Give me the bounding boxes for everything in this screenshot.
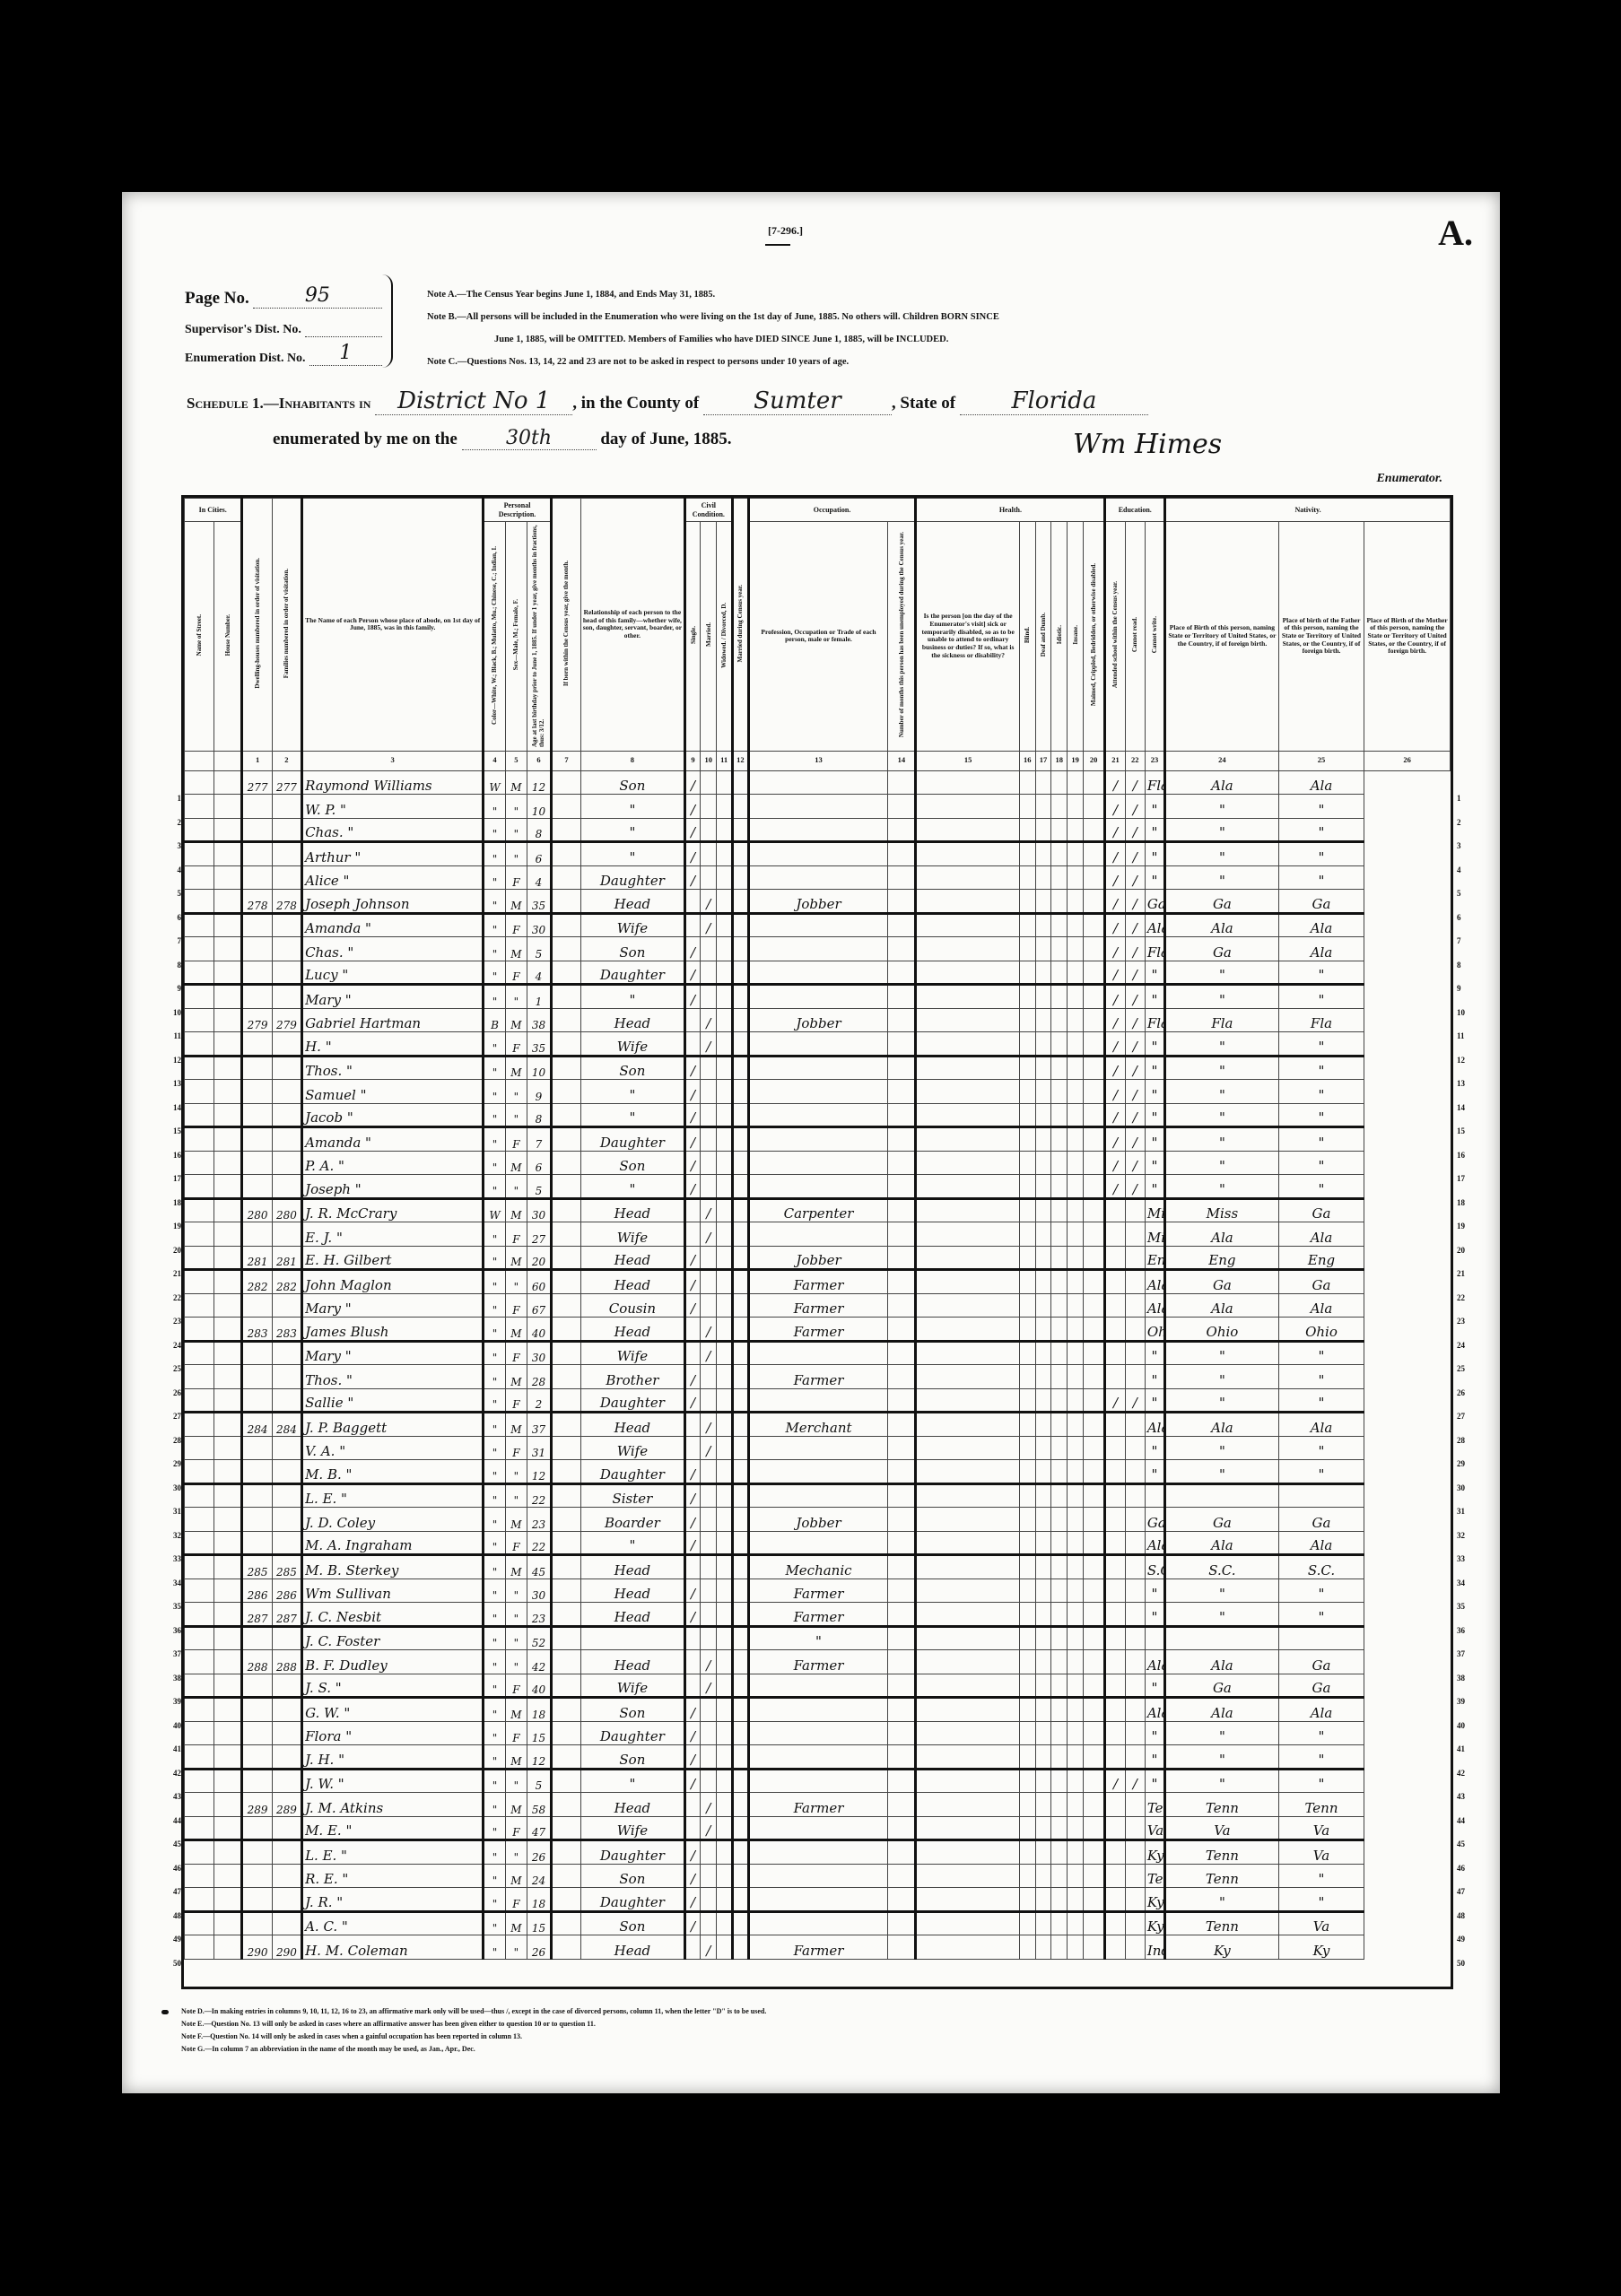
cell-dwelling: 282 [242,1270,272,1294]
note-c: Note C.—Questions Nos. 13, 14, 22 and 23… [427,351,1324,373]
state-field: Florida [960,387,1148,415]
cell-empty [1035,1222,1051,1247]
cell-single: / [684,1769,701,1793]
cell-empty [916,865,1020,890]
cell-empty [1083,1246,1104,1270]
cell-empty [1083,1864,1104,1888]
cell-empty [1051,1341,1068,1365]
cell-empty [732,1056,748,1080]
cell-color: " [484,1032,505,1057]
cell-dwelling [242,1460,272,1484]
cell-age: 6 [527,842,552,866]
cell-name: W. P. " [302,795,484,819]
cell-sex: F [505,1127,527,1152]
cell-single: / [684,1578,701,1603]
cell-sex: " [505,1769,527,1793]
cell-father: " [1165,1745,1279,1770]
cell-single: / [684,1246,701,1270]
cell-family [272,1769,301,1793]
cell-birth: Ala [1145,1650,1164,1674]
cell-empty [551,1603,580,1627]
cell-empty [1035,1436,1051,1460]
cell-single [684,1318,701,1342]
cell-mother: " [1278,1341,1364,1365]
cell-age: 24 [527,1864,552,1888]
cell-empty [551,1151,580,1175]
cell-write: / [1125,770,1145,795]
cell-empty [1051,1388,1068,1413]
cell-empty [185,770,214,795]
cell-sex: " [505,1603,527,1627]
cell-write [1125,1270,1145,1294]
cell-empty [185,1246,214,1270]
cell-empty [1035,1578,1051,1603]
line-number: 9 [1457,977,1477,1001]
cell-age: 26 [527,1840,552,1865]
enumerator-signature: Wm Himes [1073,429,1222,460]
cell-father: " [1165,1388,1279,1413]
line-number: 10 [1457,1001,1477,1025]
cell-write [1125,1888,1145,1912]
cell-empty [888,1103,916,1127]
cell-empty [717,1698,733,1722]
line-number: 2 [161,811,181,835]
cell-single: / [684,1056,701,1080]
cell-mother: " [1278,1460,1364,1484]
cell-dwelling [242,961,272,985]
cell-dwelling [242,795,272,819]
cell-empty [1019,1864,1035,1888]
line-number: 42 [161,1761,181,1786]
cell-read [1105,1365,1125,1389]
cell-father: Ohio [1165,1318,1279,1342]
cell-relation [581,1626,685,1650]
cell-single [684,1650,701,1674]
cell-relation: Son [581,770,685,795]
cell-empty [1035,961,1051,985]
cell-father: Ga [1165,1674,1279,1698]
cell-family [272,1698,301,1722]
line-number: 36 [1457,1619,1477,1643]
cell-empty [214,1341,242,1365]
cell-empty [1019,1388,1035,1413]
cell-empty [551,1508,580,1532]
cell-father: Ala [1165,1222,1279,1247]
cell-empty [732,1270,748,1294]
cell-name: M. A. Ingraham [302,1531,484,1555]
cell-occupation [748,1864,888,1888]
cell-empty [916,1840,1020,1865]
cell-empty [732,1793,748,1817]
cell-dwelling: 289 [242,1793,272,1817]
cell-family [272,1436,301,1460]
cell-empty [1019,1721,1035,1745]
cell-occupation [748,1698,888,1722]
cell-birth: Ohio [1145,1318,1164,1342]
cell-empty [214,1698,242,1722]
cell-empty [916,1508,1020,1532]
cell-empty [551,1198,580,1222]
cell-sex: M [505,1508,527,1532]
cell-empty [888,913,916,937]
cell-birth: " [1145,842,1164,866]
cell-family [272,1080,301,1104]
cell-empty [1051,1769,1068,1793]
cell-empty [185,1293,214,1318]
cell-empty [214,1793,242,1817]
line-number: 30 [161,1476,181,1500]
line-number: 40 [1457,1714,1477,1738]
cell-write: / [1125,1769,1145,1793]
cell-mother: Va [1278,1911,1364,1935]
cell-single [684,1555,701,1579]
cell-empty [888,890,916,914]
cell-dwelling [242,1341,272,1365]
note-f: Note F.—Question No. 14 will only be ask… [181,2031,1347,2043]
cell-empty [1083,1650,1104,1674]
cell-empty [1051,1198,1068,1222]
cell-empty [185,1175,214,1199]
cell-sex: M [505,1198,527,1222]
cell-empty [214,1721,242,1745]
cell-empty [732,1626,748,1650]
cell-empty [214,985,242,1009]
cell-color: " [484,1911,505,1935]
cell-mother: " [1278,1056,1364,1080]
cell-empty [1083,1175,1104,1199]
cell-empty [888,937,916,961]
cell-empty [1051,985,1068,1009]
cell-mother: " [1278,1151,1364,1175]
cell-write [1125,1508,1145,1532]
table-row: J. C. Foster""52" [185,1626,1451,1650]
cell-empty [1035,1816,1051,1840]
cell-age: 23 [527,1508,552,1532]
cell-empty [1068,865,1084,890]
table-row: 288288B. F. Dudley""42Head/FarmerAlaAlaG… [185,1650,1451,1674]
cell-father: " [1165,818,1279,842]
cell-empty [185,1056,214,1080]
cell-birth: " [1145,1365,1164,1389]
cell-write [1125,1555,1145,1579]
cell-relation: Daughter [581,1721,685,1745]
cell-empty [916,890,1020,914]
cell-write [1125,1626,1145,1650]
cell-dwelling [242,1151,272,1175]
table-row: Amanda ""F7Daughter///""" [185,1127,1451,1152]
cell-empty [1068,1508,1084,1532]
cell-relation: Wife [581,1341,685,1365]
cell-married [701,1864,717,1888]
cell-empty [1068,1222,1084,1247]
table-row: R. E. ""M24Son/TennTenn" [185,1864,1451,1888]
cell-empty [185,1603,214,1627]
cell-family [272,865,301,890]
cell-occupation: Merchant [748,1413,888,1437]
cell-write: / [1125,985,1145,1009]
cell-empty [1083,1626,1104,1650]
cell-mother: Va [1278,1840,1364,1865]
cell-mother: " [1278,842,1364,866]
cell-empty [1083,1816,1104,1840]
cell-empty [916,1151,1020,1175]
cell-dwelling [242,1388,272,1413]
cell-married [701,1578,717,1603]
column-number [214,751,242,770]
cell-empty [1068,1032,1084,1057]
line-number: 19 [161,1214,181,1239]
cell-empty [551,818,580,842]
column-number: 7 [551,751,580,770]
cell-married [701,1460,717,1484]
cell-empty [1035,1008,1051,1032]
cell-family: 284 [272,1413,301,1437]
cell-empty [551,1816,580,1840]
cell-empty [1019,1816,1035,1840]
cell-mother: Tenn [1278,1793,1364,1817]
cell-age: 52 [527,1626,552,1650]
cell-empty [1068,1103,1084,1127]
line-number: 45 [161,1832,181,1857]
cell-color: " [484,1127,505,1152]
cell-write [1125,1531,1145,1555]
cell-empty [717,1436,733,1460]
col-insane-header: Insane. [1068,522,1084,752]
cell-name: James Blush [302,1318,484,1342]
cell-dwelling [242,865,272,890]
table-row: 279279Gabriel HartmanBM38Head/Jobber//Fl… [185,1008,1451,1032]
cell-empty [551,1935,580,1960]
date-suffix: day of June, 1885. [600,430,731,448]
cell-empty [888,1460,916,1484]
cell-empty [185,913,214,937]
cell-read: / [1105,1388,1125,1413]
cell-relation: " [581,842,685,866]
cell-empty [916,1888,1020,1912]
cell-birth: Ky [1145,1840,1164,1865]
cell-color: " [484,795,505,819]
cell-empty [732,890,748,914]
line-number: 16 [1457,1144,1477,1168]
cell-relation: Wife [581,1816,685,1840]
cell-empty [551,890,580,914]
cell-name: Sallie " [302,1388,484,1413]
cell-empty [888,1911,916,1935]
line-number: 50 [161,1952,181,1976]
cell-birth: " [1145,1745,1164,1770]
cell-empty [732,1911,748,1935]
cell-empty [732,1698,748,1722]
cell-empty [1068,1816,1084,1840]
cell-dwelling [242,1483,272,1508]
cell-read: / [1105,1032,1125,1057]
cell-relation: Head [581,1413,685,1437]
cell-relation: " [581,818,685,842]
cell-mother: " [1278,1388,1364,1413]
cell-empty [185,961,214,985]
cell-single [684,1413,701,1437]
cell-father: Ga [1165,937,1279,961]
cell-single: / [684,1888,701,1912]
cell-empty [551,1270,580,1294]
group-personal: Personal Description. [484,499,552,522]
cell-empty [888,1935,916,1960]
cell-father: Ala [1165,1698,1279,1722]
cell-family [272,1103,301,1127]
cell-empty [1068,1436,1084,1460]
line-number: 1 [161,787,181,811]
cell-age: 18 [527,1698,552,1722]
cell-dwelling: 288 [242,1650,272,1674]
cell-empty [551,1032,580,1057]
cell-write [1125,1436,1145,1460]
cell-empty [1068,1769,1084,1793]
cell-sex: M [505,1151,527,1175]
cell-empty [1068,1127,1084,1152]
col-cannot-write-header: Cannot write. [1145,522,1164,752]
cell-empty [888,1222,916,1247]
cell-empty [732,1413,748,1437]
cell-married [701,1769,717,1793]
cell-empty [916,1603,1020,1627]
cell-relation: Wife [581,1436,685,1460]
cell-empty [888,1080,916,1104]
cell-empty [1035,1840,1051,1865]
cell-empty [916,1911,1020,1935]
cell-empty [1051,1650,1068,1674]
column-number: 24 [1165,751,1279,770]
cell-empty [1083,1198,1104,1222]
cell-name: John Maglon [302,1270,484,1294]
cell-relation: " [581,985,685,1009]
cell-empty [732,1175,748,1199]
cell-color: " [484,1674,505,1698]
cell-empty [1035,1603,1051,1627]
cell-empty [185,1935,214,1960]
cell-write: / [1125,1080,1145,1104]
line-number: 34 [1457,1571,1477,1596]
cell-birth: " [1145,1175,1164,1199]
cell-empty [916,1127,1020,1152]
cell-write: / [1125,1008,1145,1032]
cell-empty [214,1508,242,1532]
cell-empty [717,1127,733,1152]
cell-empty [214,1483,242,1508]
cell-married: / [701,1436,717,1460]
cell-empty [1019,1793,1035,1817]
cell-sex: " [505,1650,527,1674]
census-table: In Cities. Dwelling-houses numbered in o… [184,498,1451,1960]
cell-mother: Fla [1278,1008,1364,1032]
cell-married [701,1745,717,1770]
cell-single [684,1935,701,1960]
cell-empty [888,1769,916,1793]
cell-write [1125,1816,1145,1840]
cell-birth: " [1145,1103,1164,1127]
col-maimed-header: Maimed, Crippled, Bedridden, or otherwis… [1083,522,1104,752]
column-number: 11 [717,751,733,770]
cell-empty [214,795,242,819]
cell-empty [551,1103,580,1127]
column-number: 16 [1019,751,1035,770]
cell-empty [551,1460,580,1484]
cell-empty [551,1222,580,1247]
cell-read: / [1105,1056,1125,1080]
cell-occupation [748,1816,888,1840]
cell-married [701,1103,717,1127]
cell-empty [1083,1578,1104,1603]
cell-single: / [684,1103,701,1127]
cell-empty [1083,1698,1104,1722]
cell-empty [1068,1840,1084,1865]
cell-family [272,1531,301,1555]
cell-birth: S.C. [1145,1555,1164,1579]
cell-name: Wm Sullivan [302,1578,484,1603]
cell-empty [1083,1222,1104,1247]
cell-relation: " [581,1080,685,1104]
cell-empty [214,1222,242,1247]
cell-empty [214,961,242,985]
cell-empty [1019,1674,1035,1698]
line-number: 7 [161,929,181,953]
cell-empty [888,1436,916,1460]
cell-read [1105,1508,1125,1532]
cell-empty [1083,795,1104,819]
cell-empty [732,937,748,961]
cell-empty [717,1080,733,1104]
group-occupation: Occupation. [748,499,916,522]
cell-empty [1035,937,1051,961]
cell-empty [888,818,916,842]
cell-age: 12 [527,770,552,795]
cell-read [1105,1460,1125,1484]
cell-empty [1083,1531,1104,1555]
cell-empty [1051,1578,1068,1603]
cell-family [272,1151,301,1175]
cell-married [701,770,717,795]
column-number: 14 [888,751,916,770]
cell-mother: " [1278,1080,1364,1104]
cell-empty [214,770,242,795]
line-number: 1 [1457,787,1477,811]
cell-empty [1051,1698,1068,1722]
cell-age: 7 [527,1127,552,1152]
cell-name: B. F. Dudley [302,1650,484,1674]
cell-empty [214,1840,242,1865]
cell-empty [1035,1080,1051,1104]
col-relationship-header: Relationship of each person to the head … [581,499,685,752]
cell-name: J. S. " [302,1674,484,1698]
cell-empty [732,1483,748,1508]
cell-sex: F [505,1293,527,1318]
group-health: Health. [916,499,1105,522]
cell-empty [1083,1151,1104,1175]
col-married-header: Married. [701,522,717,752]
cell-father: " [1165,1365,1279,1389]
cell-mother: " [1278,1578,1364,1603]
cell-read [1105,1555,1125,1579]
cell-mother [1278,1483,1364,1508]
cell-occupation: Farmer [748,1935,888,1960]
cell-mother: " [1278,795,1364,819]
cell-name: M. B. " [302,1460,484,1484]
cell-empty [1035,842,1051,866]
cell-empty [214,1270,242,1294]
cell-father: Ala [1165,1293,1279,1318]
cell-sex: M [505,1413,527,1437]
cell-occupation [748,818,888,842]
cell-color: " [484,937,505,961]
